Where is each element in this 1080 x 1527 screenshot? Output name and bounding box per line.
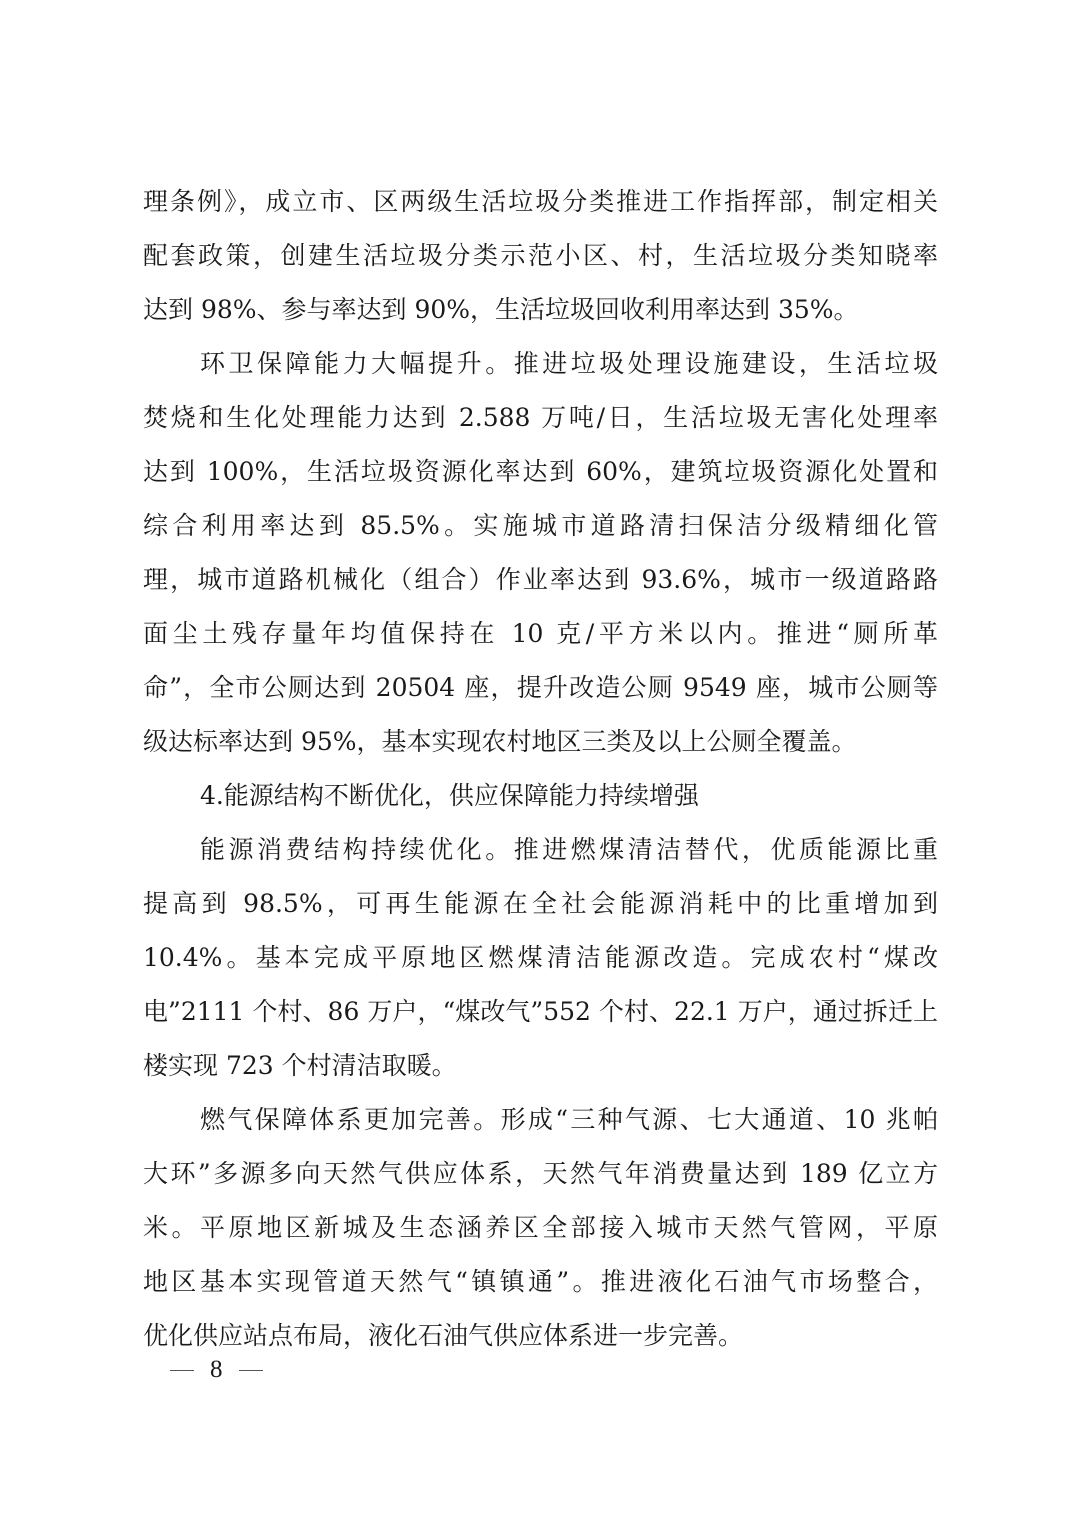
dash-left bbox=[170, 1370, 194, 1371]
text-line: 命”，全市公厕达到 20504 座，提升改造公厕 9549 座，城市公厕等 bbox=[143, 671, 938, 705]
text-line: 达到 100%，生活垃圾资源化率达到 60%，建筑垃圾资源化处置和 bbox=[143, 455, 938, 489]
dash-right bbox=[239, 1370, 263, 1371]
page-number: 8 bbox=[210, 1356, 223, 1384]
text-line: 地区基本实现管道天然气“镇镇通”。推进液化石油气市场整合， bbox=[143, 1265, 938, 1299]
section-heading: 4.能源结构不断优化，供应保障能力持续增强 bbox=[200, 779, 800, 813]
text-line: 面尘土残存量年均值保持在 10 克/平方米以内。推进“厕所革 bbox=[143, 617, 938, 651]
text-line: 综合利用率达到 85.5%。实施城市道路清扫保洁分级精细化管 bbox=[143, 509, 938, 543]
text-line: 配套政策，创建生活垃圾分类示范小区、村，生活垃圾分类知晓率 bbox=[143, 239, 938, 273]
text-line: 环卫保障能力大幅提升。推进垃圾处理设施建设，生活垃圾 bbox=[200, 347, 938, 381]
text-line: 能源消费结构持续优化。推进燃煤清洁替代，优质能源比重 bbox=[200, 833, 938, 867]
text-line: 电”2111 个村、86 万户，“煤改气”552 个村、22.1 万户，通过拆迁… bbox=[143, 995, 938, 1029]
text-line: 理条例》，成立市、区两级生活垃圾分类推进工作指挥部，制定相关 bbox=[143, 185, 938, 219]
text-line: 级达标率达到 95%，基本实现农村地区三类及以上公厕全覆盖。 bbox=[143, 725, 938, 759]
text-line: 提高到 98.5%，可再生能源在全社会能源消耗中的比重增加到 bbox=[143, 887, 938, 921]
text-line: 米。平原地区新城及生态涵养区全部接入城市天然气管网，平原 bbox=[143, 1211, 938, 1245]
text-line: 楼实现 723 个村清洁取暖。 bbox=[143, 1049, 938, 1083]
text-line: 大环”多源多向天然气供应体系，天然气年消费量达到 189 亿立方 bbox=[143, 1157, 938, 1191]
text-line: 焚烧和生化处理能力达到 2.588 万吨/日，生活垃圾无害化处理率 bbox=[143, 401, 938, 435]
document-page: 理条例》，成立市、区两级生活垃圾分类推进工作指挥部，制定相关 配套政策，创建生活… bbox=[0, 0, 1080, 1527]
text-line: 理，城市道路机械化（组合）作业率达到 93.6%，城市一级道路路 bbox=[143, 563, 938, 597]
text-line: 10.4%。基本完成平原地区燃煤清洁能源改造。完成农村“煤改 bbox=[143, 941, 938, 975]
text-line: 达到 98%、参与率达到 90%，生活垃圾回收利用率达到 35%。 bbox=[143, 293, 938, 327]
text-line: 燃气保障体系更加完善。形成“三种气源、七大通道、10 兆帕 bbox=[200, 1103, 938, 1137]
text-line: 优化供应站点布局，液化石油气供应体系进一步完善。 bbox=[143, 1319, 938, 1353]
page-footer: 8 bbox=[170, 1356, 263, 1384]
